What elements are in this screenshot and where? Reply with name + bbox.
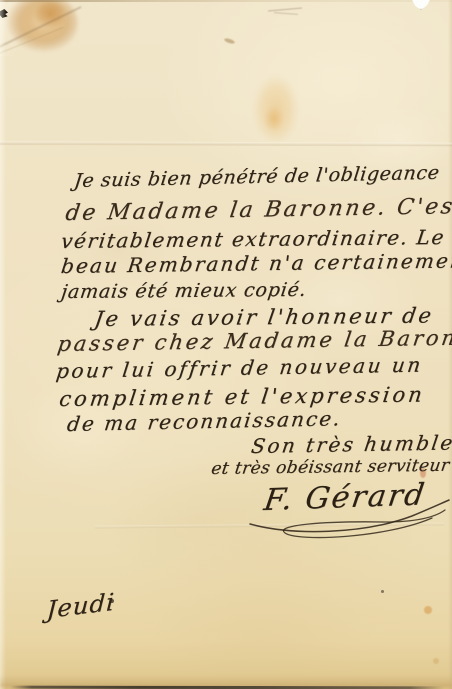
letter-line: de ma reconnaissance. [66, 408, 343, 434]
letter-line: Je suis bien pénétré de l'obligeance [73, 164, 441, 191]
letter-line: pour lui offrir de nouveau un [55, 355, 424, 381]
letter-body: Je suis bien pénétré de l'obligeance de … [0, 0, 452, 689]
letter-scan: Je suis bien pénétré de l'obligeance de … [0, 0, 452, 689]
date-note: Jeudi [46, 590, 116, 622]
closing-line: Son très humble [250, 432, 452, 456]
letter-line: passer chez Madame la Baronne [56, 327, 452, 355]
letter-line: beau Rembrandt n'a certainement [60, 250, 452, 276]
letter-line: jamais été mieux copié. [60, 281, 308, 302]
signature: F. Gérard [262, 480, 428, 516]
letter-line: véritablement extraordinaire. Le [60, 227, 446, 251]
letter-line: compliment et l'expression [58, 385, 426, 410]
closing-line: et très obéissant serviteur [210, 458, 451, 478]
letter-line: de Madame la Baronne. C'est [64, 196, 452, 225]
